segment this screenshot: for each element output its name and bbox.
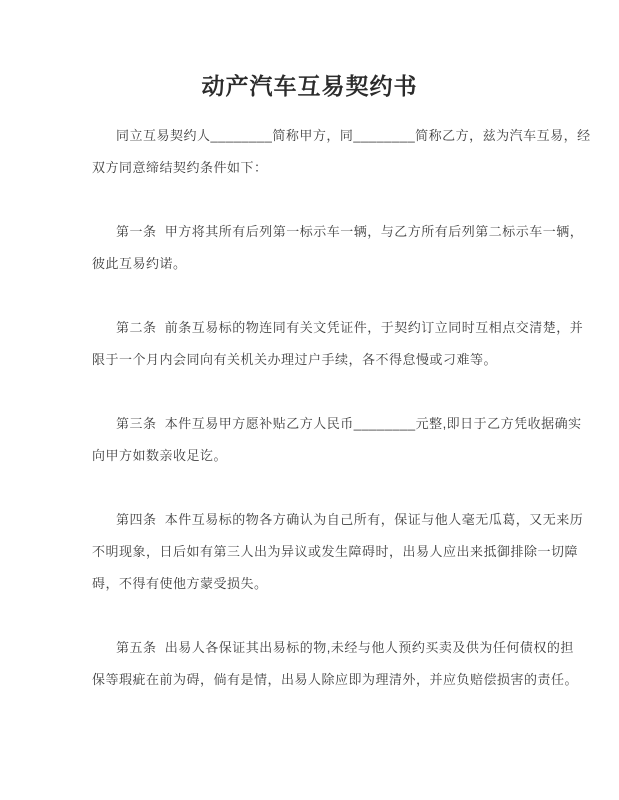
document-title: 动产汽车互易契约书 (0, 70, 619, 103)
text-line: 第五条 出易人各保证其出易标的物,未经与他人预约买卖及供为任何债权的担 (92, 632, 559, 664)
clause-2-paragraph: 第二条 前条互易标的物连同有关文凭证件，于契约订立同时互相点交清楚，并 限于一个… (92, 312, 559, 376)
text-line: 第一条 甲方将其所有后列第一标示车一辆，与乙方所有后列第二标示车一辆， (92, 216, 559, 248)
clause-1-paragraph: 第一条 甲方将其所有后列第一标示车一辆，与乙方所有后列第二标示车一辆， 彼此互易… (92, 216, 559, 280)
document-body: 同立互易契约人________简称甲方，同________简称乙方，兹为汽车互易… (0, 120, 619, 696)
clause-4-paragraph: 第四条 本件互易标的物各方确认为自己所有，保证与他人毫无瓜葛，又无来历 不明现象… (92, 504, 559, 600)
text-line: 第三条 本件互易甲方愿补贴乙方人民币________元整,即日于乙方凭收据确实 (92, 408, 559, 440)
text-line: 碍，不得有使他方蒙受损失。 (92, 568, 559, 600)
text-line: 不明现象，日后如有第三人出为异议或发生障碍时，出易人应出来抵御排除一切障 (92, 536, 559, 568)
text-line: 第四条 本件互易标的物各方确认为自己所有，保证与他人毫无瓜葛，又无来历 (92, 504, 559, 536)
text-line: 限于一个月内会同向有关机关办理过户手续，各不得怠慢或刁难等。 (92, 344, 559, 376)
text-line: 第二条 前条互易标的物连同有关文凭证件，于契约订立同时互相点交清楚，并 (92, 312, 559, 344)
text-line: 同立互易契约人________简称甲方，同________简称乙方，兹为汽车互易… (92, 120, 559, 152)
intro-paragraph: 同立互易契约人________简称甲方，同________简称乙方，兹为汽车互易… (92, 120, 559, 184)
text-line: 双方同意缔结契约条件如下： (92, 152, 559, 184)
document-page: 动产汽车互易契约书 同立互易契约人________简称甲方，同________简… (0, 0, 619, 800)
clause-5-paragraph: 第五条 出易人各保证其出易标的物,未经与他人预约买卖及供为任何债权的担 保等瑕疵… (92, 632, 559, 696)
text-line: 彼此互易约诺。 (92, 248, 559, 280)
text-line: 保等瑕疵在前为碍，倘有是情，出易人除应即为理清外，并应负赔偿损害的责任。 (92, 664, 559, 696)
text-line: 向甲方如数亲收足讫。 (92, 440, 559, 472)
clause-3-paragraph: 第三条 本件互易甲方愿补贴乙方人民币________元整,即日于乙方凭收据确实 … (92, 408, 559, 472)
